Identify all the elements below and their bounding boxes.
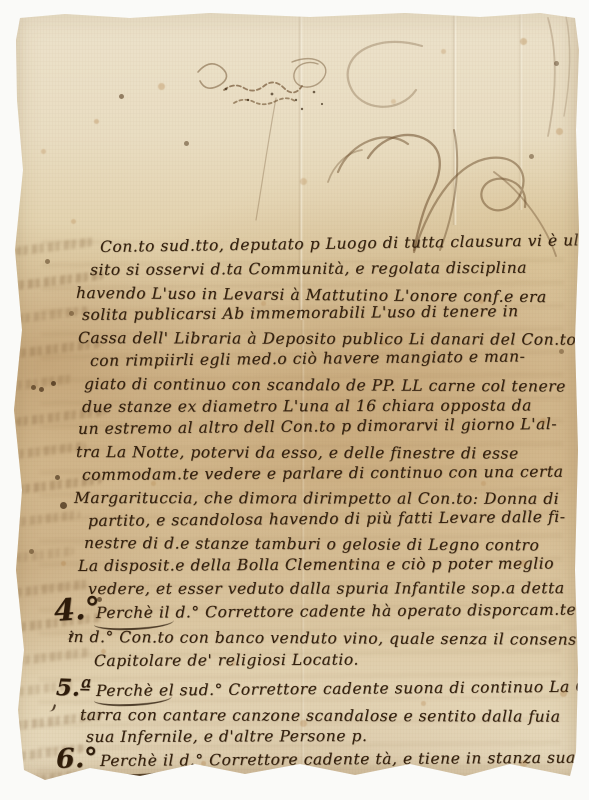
manuscript-page: Con.to sud.tto, deputato p Luogo di tutt… <box>10 10 581 786</box>
ink-mark <box>57 779 64 788</box>
edge-shading <box>10 10 581 786</box>
scan-background: { "manuscript": { "colors": { "ink": "#3… <box>0 0 589 800</box>
foxing-spots <box>10 10 13 13</box>
